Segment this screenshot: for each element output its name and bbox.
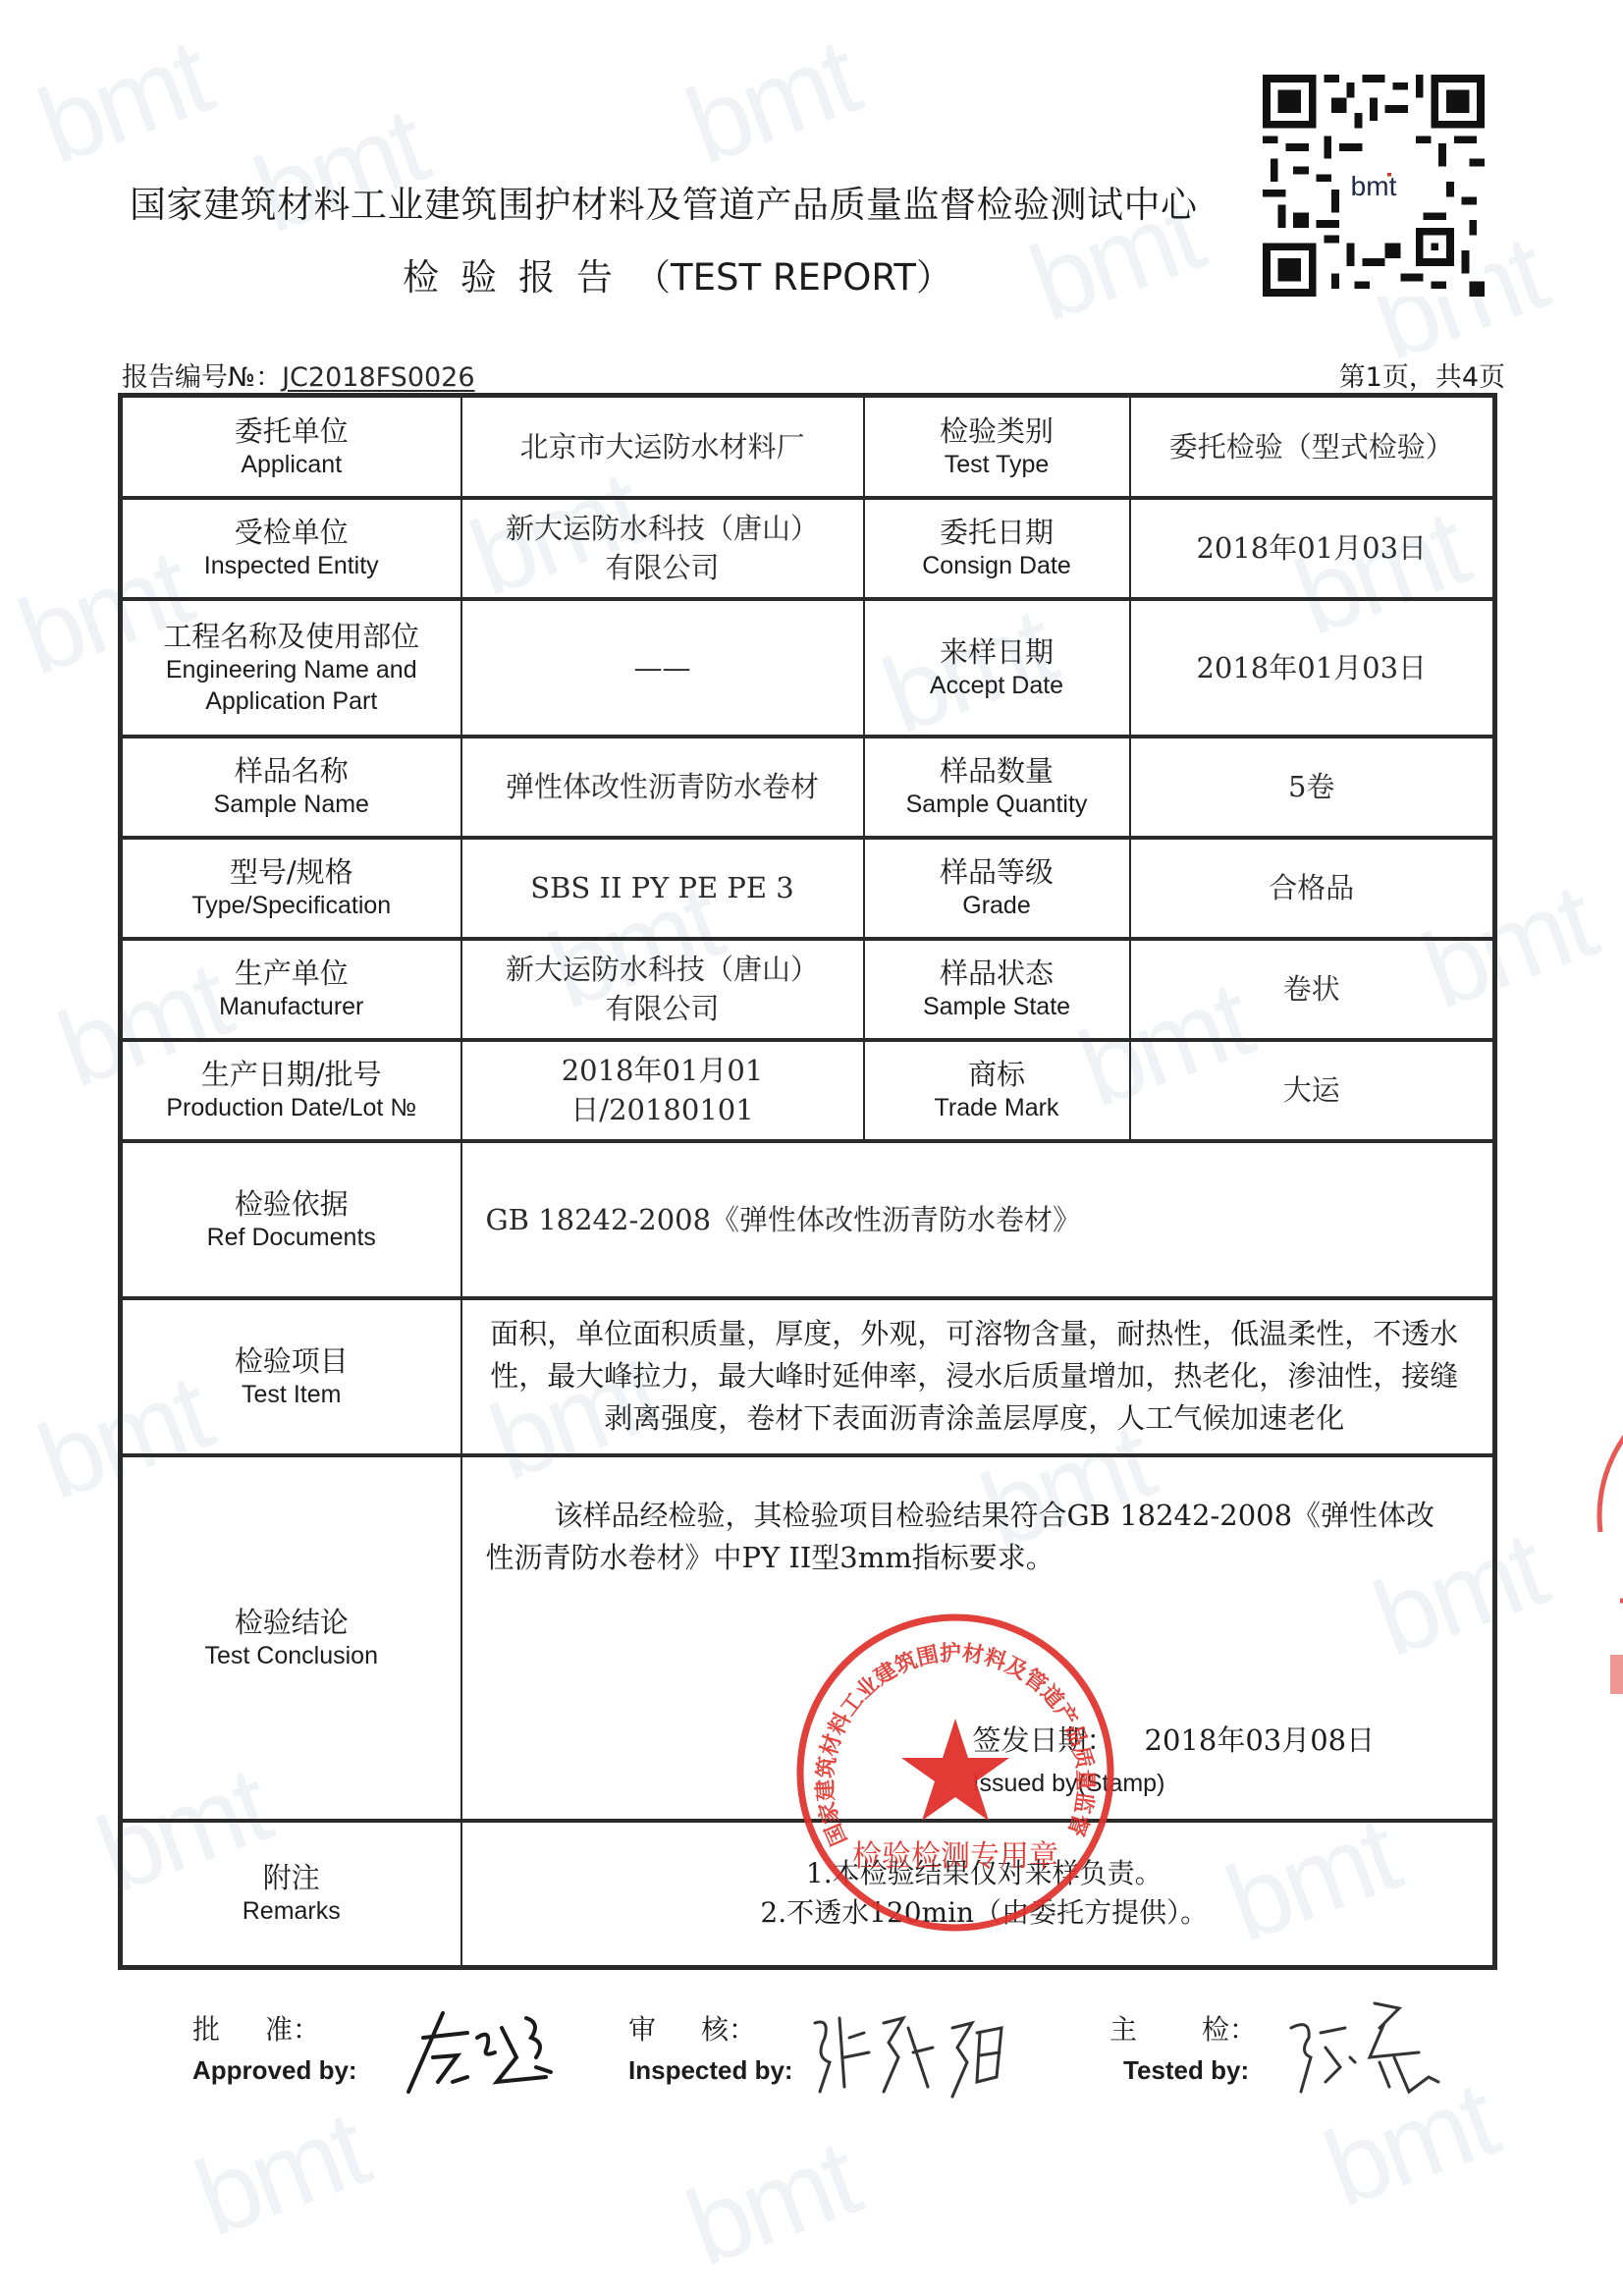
test-report-page: bmt bmt bmt bmt bmt bmt bmt bmt bmt bmt … <box>0 0 1623 2296</box>
page-indicator: 第1页，共4页 <box>1339 355 1505 394</box>
handwritten-signature-icon <box>1281 1998 1448 2106</box>
conclusion-text: 该样品经检验，其检验项目检验结果符合GB 18242-2008《弹性体改性沥青防… <box>486 1495 1454 1579</box>
field-label: 商标Trade Mark <box>864 1040 1130 1141</box>
field-label: 样品名称Sample Name <box>121 737 461 838</box>
field-label: 委托单位Applicant <box>121 396 461 498</box>
tested-by-label: Tested by: <box>1123 2055 1257 2086</box>
watermark: bmt <box>671 15 871 190</box>
field-value: —— <box>461 599 864 737</box>
report-title: 检验报告（TEST REPORT） <box>403 247 952 301</box>
report-number-value: JC2018FS0026 <box>282 362 474 393</box>
report-title-en: （TEST REPORT） <box>634 256 952 299</box>
field-label: 来样日期Accept Date <box>864 599 1130 737</box>
field-label: 样品数量Sample Quantity <box>864 737 1130 838</box>
issued-by-label: Issued by(Stamp) <box>973 1770 1165 1798</box>
issue-date-value: 2018年03月08日 <box>1145 1723 1376 1757</box>
field-label: 工程名称及使用部位Engineering Name andApplication… <box>121 599 461 737</box>
field-label: 样品等级Grade <box>864 838 1130 939</box>
field-value: 新大运防水科技（唐山）有限公司 <box>461 939 864 1040</box>
watermark: bmt <box>239 83 439 258</box>
table-row: 委托单位Applicant 北京市大运防水材料厂 检验类别Test Type 委… <box>121 396 1495 498</box>
field-value: 2018年01月01日/20180101 <box>461 1040 864 1141</box>
field-label: 受检单位Inspected Entity <box>121 498 461 599</box>
field-label: 样品状态Sample State <box>864 939 1130 1040</box>
report-title-cn: 检验报告 <box>403 256 634 299</box>
field-label: 检验结论Test Conclusion <box>121 1455 461 1821</box>
field-value: 弹性体改性沥青防水卷材 <box>461 737 864 838</box>
remarks-value: 1.本检验结果仅对来样负责。 2.不透水120min（由委托方提供）。 <box>461 1821 1495 1968</box>
qr-code-icon[interactable]: bmt <box>1263 75 1485 297</box>
field-value: 大运 <box>1130 1040 1495 1141</box>
conclusion-row: 检验结论Test Conclusion 该样品经检验，其检验项目检验结果符合GB… <box>121 1455 1495 1821</box>
field-label: 型号/规格Type/Specification <box>121 838 461 939</box>
field-label: 生产日期/批号Production Date/Lot № <box>121 1040 461 1141</box>
partial-stamp-icon <box>1581 1414 1623 1709</box>
field-value: 2018年01月03日 <box>1130 498 1495 599</box>
field-value: 北京市大运防水材料厂 <box>461 396 864 498</box>
table-row: 工程名称及使用部位Engineering Name andApplication… <box>121 599 1495 737</box>
signature-tested: 主检： Tested by: <box>1109 2008 1257 2086</box>
signature-section: 批准： Approved by: 审核： Inspected by: 主检： T… <box>0 2008 1623 2126</box>
approved-by-label: Approved by: <box>192 2055 357 2086</box>
conclusion-value: 该样品经检验，其检验项目检验结果符合GB 18242-2008《弹性体改性沥青防… <box>461 1455 1495 1821</box>
table-row: 受检单位Inspected Entity 新大运防水科技（唐山）有限公司 委托日… <box>121 498 1495 599</box>
field-label: 附注Remarks <box>121 1821 461 1968</box>
table-row: 型号/规格Type/Specification SBS II PY PE PE … <box>121 838 1495 939</box>
handwritten-signature-icon <box>399 1998 566 2106</box>
report-number-label: 报告编号№： <box>122 362 282 393</box>
field-label: 检验项目Test Item <box>121 1298 461 1455</box>
table-row: 生产日期/批号Production Date/Lot № 2018年01月01日… <box>121 1040 1495 1141</box>
field-value: SBS II PY PE PE 3 <box>461 838 864 939</box>
field-value: 新大运防水科技（唐山）有限公司 <box>461 498 864 599</box>
signature-inspected: 审核： Inspected by: <box>628 2008 793 2086</box>
report-number: 报告编号№：JC2018FS0026 <box>122 355 475 398</box>
field-value: 卷状 <box>1130 939 1495 1040</box>
watermark: bmt <box>23 15 223 190</box>
table-row: 样品名称Sample Name 弹性体改性沥青防水卷材 样品数量Sample Q… <box>121 737 1495 838</box>
test-items-value: 面积，单位面积质量，厚度，外观，可溶物含量，耐热性，低温柔性，不透水性，最大峰拉… <box>461 1298 1495 1455</box>
field-label: 检验依据Ref Documents <box>121 1141 461 1298</box>
org-title: 国家建筑材料工业建筑围护材料及管道产品质量监督检验测试中心 <box>130 175 1198 228</box>
issue-date-label: 签发日期： <box>973 1723 1115 1757</box>
field-value: 5卷 <box>1130 737 1495 838</box>
table-row: 生产单位Manufacturer 新大运防水科技（唐山）有限公司 样品状态Sam… <box>121 939 1495 1040</box>
field-label: 检验类别Test Type <box>864 396 1130 498</box>
handwritten-signature-icon <box>805 1998 1021 2106</box>
remark-line: 1.本检验结果仅对来样负责。 <box>486 1854 1484 1893</box>
ref-documents-value: GB 18242-2008《弹性体改性沥青防水卷材》 <box>461 1141 1495 1298</box>
ref-documents-row: 检验依据Ref Documents GB 18242-2008《弹性体改性沥青防… <box>121 1141 1495 1298</box>
field-value: 委托检验（型式检验） <box>1130 396 1495 498</box>
report-table: 委托单位Applicant 北京市大运防水材料厂 检验类别Test Type 委… <box>118 393 1497 1970</box>
remark-line: 2.不透水120min（由委托方提供）。 <box>486 1893 1484 1933</box>
issue-date: 签发日期：2018年03月08日 <box>973 1719 1376 1759</box>
watermark: bmt <box>671 2116 871 2291</box>
field-label: 生产单位Manufacturer <box>121 939 461 1040</box>
remarks-row: 附注Remarks 1.本检验结果仅对来样负责。 2.不透水120min（由委托… <box>121 1821 1495 1968</box>
field-label: 委托日期Consign Date <box>864 498 1130 599</box>
signature-approved: 批准： Approved by: <box>192 2008 357 2086</box>
field-value: 合格品 <box>1130 838 1495 939</box>
inspected-by-label: Inspected by: <box>628 2055 793 2086</box>
field-value: 2018年01月03日 <box>1130 599 1495 737</box>
test-items-row: 检验项目Test Item 面积，单位面积质量，厚度，外观，可溶物含量，耐热性，… <box>121 1298 1495 1455</box>
